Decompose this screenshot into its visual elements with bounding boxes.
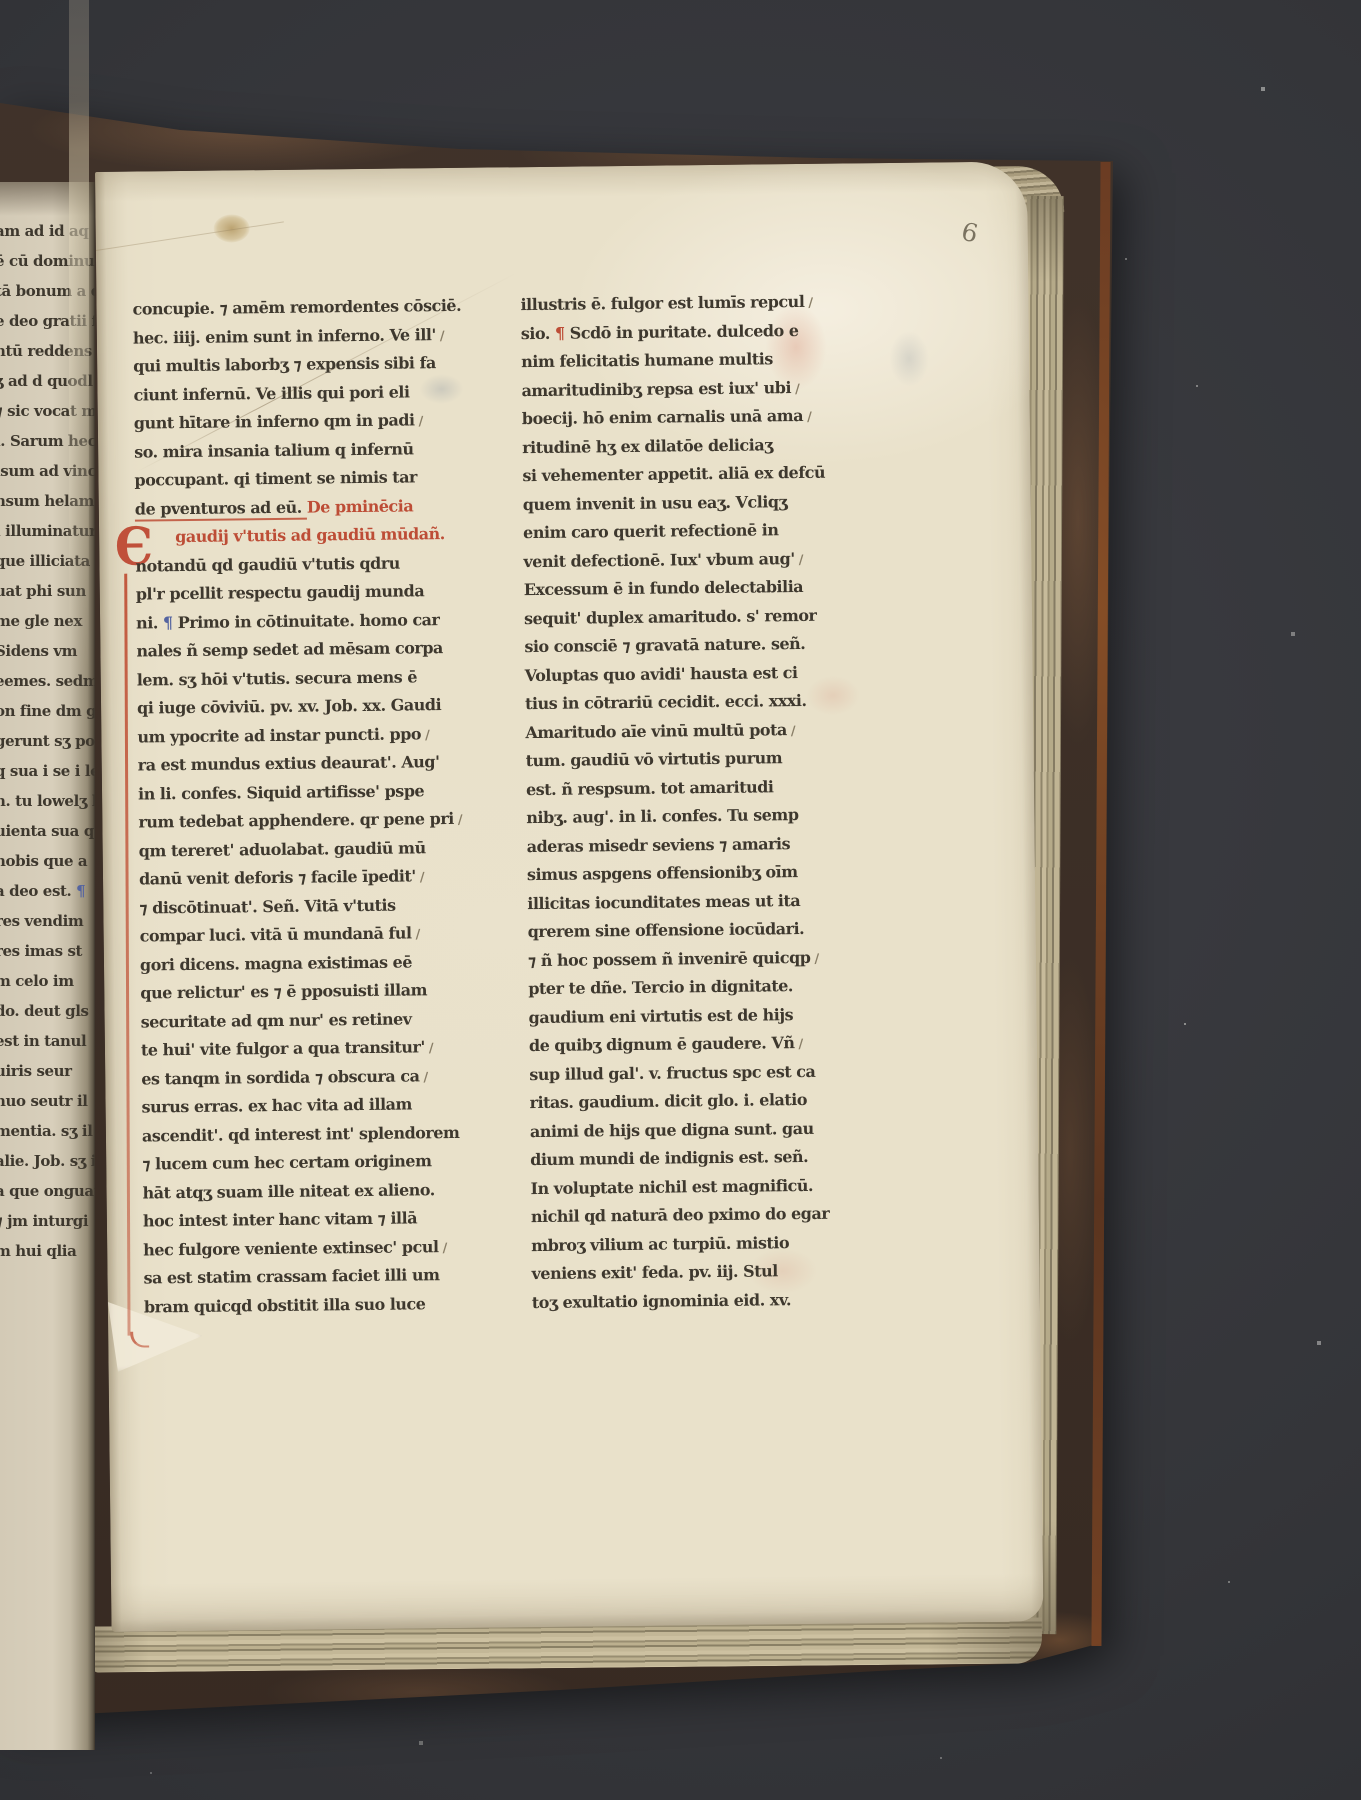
text-segment: ra est mundus extius deaurat'. Aug' [138, 752, 440, 774]
text-segment: ascendit'. qd interest int' splendorem [142, 1122, 460, 1145]
text-line: gaudij v'tutis ad gaudiū mūdañ. [135, 524, 457, 556]
text-segment: do. deut gls [0, 1002, 89, 1020]
text-line: gunt hītare in inferno qm in padi / [134, 410, 456, 442]
text-line: aderas misedr seviens ⁊ amaris [527, 832, 923, 865]
text-segment: sio consciē ⁊ gravatā nature. señ. [524, 634, 805, 656]
text-segment: / [804, 296, 812, 311]
text-line: notandū qd gaudiū v'tutis qdru [135, 552, 457, 584]
text-line: ⁊ lucem cum hec certam originem [142, 1151, 464, 1183]
text-line: compar luci. vitā ū mundanā ful / [140, 923, 462, 955]
text-line: simus aspgens offensionibʒ oīm [527, 861, 923, 894]
folio-number: 6 [959, 217, 981, 249]
text-line: nichil qd naturā deo pximo do egar [531, 1203, 927, 1236]
text-segment: n. tu lowelʒ lo [0, 792, 95, 810]
text-segment: illicitas iocunditates meas ut ita [527, 891, 800, 913]
text-segment: te hui' vite fulgor a qua transitur' [141, 1037, 425, 1059]
text-segment: nobis que a [0, 852, 87, 870]
text-segment: / [803, 410, 811, 425]
text-segment: / [794, 1037, 802, 1052]
text-line: boecij. hō enim carnalis unā ama / [522, 405, 918, 438]
text-line: ni. ¶ Primo in cōtinuitate. homo car [136, 609, 458, 641]
text-segment: ritudinē hʒ ex dilatōe deliciaʒ [522, 435, 773, 457]
text-line: on fine dm gl [0, 702, 81, 732]
text-line: nuo seutr il [0, 1092, 81, 1122]
text-line: illustris ē. fulgor est lumīs repcul / [520, 291, 916, 324]
text-line: poccupant. qi timent se nimis tar [134, 467, 456, 499]
text-segment: a deo est. [0, 882, 76, 900]
text-line: qrerem sine offensione iocūdari. [528, 918, 924, 951]
text-segment: Sidens vm [0, 642, 77, 660]
text-line: sa est statim crassam faciet illi um [143, 1265, 465, 1297]
text-line: m hui qlia [0, 1242, 81, 1272]
text-line: do. deut gls [0, 1002, 81, 1032]
text-line: de quibʒ dignum ē gaudere. Vñ / [529, 1032, 925, 1065]
text-line: nibʒ. aug'. in li. confes. Tu semp [526, 804, 922, 837]
text-segment: lem. sʒ hōi v'tutis. secura mens ē [137, 667, 417, 689]
text-line: so. mira insania talium q infernū [134, 438, 456, 470]
text-segment: / [421, 728, 429, 743]
text-segment: / [454, 813, 462, 828]
text-line: nales ñ semp sedet ad mēsam corpa [136, 638, 458, 670]
rubric-segment: ¶ [163, 613, 178, 632]
text-line: uienta sua q [0, 822, 81, 852]
text-segment: enim caro querit refectionē in [523, 520, 778, 542]
text-segment: de quibʒ dignum ē gaudere. Vñ [529, 1033, 795, 1055]
text-line: um ypocrite ad instar puncti. ppo / [137, 723, 459, 755]
text-segment: quem invenit in usu eaʒ. Vcliqʒ [523, 492, 788, 514]
text-segment: uienta sua q [0, 822, 94, 840]
text-segment: Primo in cōtinuitate. homo car [178, 610, 440, 632]
text-line: si vehementer appetit. aliā ex defcū [522, 462, 918, 495]
text-segment: ni. [136, 613, 163, 632]
text-line: danū venit deforis ⁊ facile īpedit' / [139, 866, 461, 898]
text-segment: res imas st [0, 942, 82, 960]
text-line: a deo est. ¶ [0, 882, 81, 912]
text-line: gerunt sʒ pote [0, 732, 81, 762]
text-line: mentia. sʒ il [0, 1122, 81, 1152]
text-line: venit defectionē. Iux' vbum aug' / [523, 547, 919, 580]
text-segment: poccupant. qi timent se nimis tar [134, 467, 417, 489]
rubric-segment: ¶ [555, 323, 570, 342]
text-segment: ritas. gaudium. dicit glo. i. elatio [529, 1090, 807, 1112]
text-line: Amaritudo aīe vinū multū pota / [525, 718, 921, 751]
text-line: sup illud gal'. v. fructus spc est ca [529, 1060, 925, 1093]
text-segment: sup illud gal'. v. fructus spc est ca [529, 1061, 815, 1083]
text-line: Excessum ē in fundo delectabilia [524, 576, 920, 609]
text-segment: nales ñ semp sedet ad mēsam corpa [136, 638, 443, 660]
text-segment: mentia. sʒ il [0, 1122, 93, 1140]
text-segment: danū venit deforis ⁊ facile īpedit' [139, 866, 416, 888]
text-line: n. tu lowelʒ lo [0, 792, 81, 822]
text-line: ascendit'. qd interest int' splendorem [142, 1122, 464, 1154]
text-line: amaritudinibʒ repsa est iux' ubi / [521, 376, 917, 409]
text-segment: qui multis laborbʒ ⁊ expensis sibi fa [133, 353, 436, 375]
text-line: qi iuge cōviviū. pv. xv. Job. xx. Gaudi [137, 695, 459, 727]
text-segment: toʒ exultatio ignominia eid. xv. [532, 1290, 791, 1312]
text-line: q sua i se i led [0, 762, 81, 792]
text-line: hāt atqʒ suam ille niteat ex alieno. [142, 1179, 464, 1211]
text-segment: mbroʒ vilium ac turpiū. mistio [531, 1233, 789, 1255]
text-line: gori dicens. magna existimas eē [140, 951, 462, 983]
text-segment: um ypocrite ad instar puncti. ppo [137, 724, 421, 746]
text-line: securitate ad qm nur' es retinev [141, 1008, 463, 1040]
text-segment: hec fulgore veniente extinsec' pcul [143, 1237, 438, 1259]
text-segment: pter te dñe. Tercio in dignitate. [528, 976, 793, 998]
text-segment: / [810, 951, 818, 966]
text-segment: / [438, 1241, 446, 1256]
text-segment: m hui qlia [0, 1242, 76, 1260]
text-segment: bram quicqd obstitit illa suo luce [144, 1294, 426, 1316]
text-segment: hāt atqʒ suam ille niteat ex alieno. [142, 1180, 434, 1202]
text-segment: aderas misedr seviens ⁊ amaris [527, 834, 791, 856]
text-segment: sequit' duplex amaritudo. s' remor [524, 605, 817, 627]
text-line: est. ñ respsum. tot amaritudi [526, 775, 922, 808]
text-segment: compar luci. vitā ū mundanā ful [140, 923, 412, 945]
text-line: veniens exit' feda. pv. iij. Stul [531, 1260, 927, 1293]
text-line: ra est mundus extius deaurat'. Aug' [138, 752, 460, 784]
text-line: te hui' vite fulgor a qua transitur' / [141, 1037, 463, 1069]
text-segment: ⁊ discōtinuat'. Señ. Vitā v'tutis [139, 895, 395, 917]
text-segment: gunt hītare in inferno qm in padi [134, 410, 415, 432]
text-segment: / [416, 870, 424, 885]
text-line: hec fulgore veniente extinsec' pcul / [143, 1236, 465, 1268]
text-segment: est. ñ respsum. tot amaritudi [526, 777, 774, 799]
text-line: de pventuros ad eū. De pminēcia [135, 495, 457, 527]
text-line: mbroʒ vilium ac turpiū. mistio [531, 1231, 927, 1264]
text-segment: so. mira insania talium q infernū [134, 439, 414, 461]
text-segment: securitate ad qm nur' es retinev [141, 1009, 412, 1031]
text-segment: ⁊ ñ hoc possem ñ invenirē quicqp [528, 947, 811, 969]
text-column-right: illustris ē. fulgor est lumīs repcul /si… [520, 291, 928, 1321]
text-segment: venit defectionē. Iux' vbum aug' [523, 549, 794, 571]
text-line: tius in cōtrariū cecidit. ecci. xxxi. [525, 690, 921, 723]
board-fore-edge [69, 0, 89, 690]
text-line: ritas. gaudium. dicit glo. i. elatio [529, 1089, 925, 1122]
text-line: tum. gaudiū vō virtutis purum [526, 747, 922, 780]
text-segment: nibʒ. aug'. in li. confes. Tu semp [526, 805, 798, 827]
text-segment: / [419, 1070, 427, 1085]
text-segment: sa est statim crassam faciet illi um [143, 1265, 439, 1287]
text-segment: est in tanul [0, 1032, 86, 1050]
text-line: sio consciē ⁊ gravatā nature. señ. [524, 633, 920, 666]
text-line: ⁊ jm inturgi [0, 1212, 81, 1242]
text-line: ⁊ discōtinuat'. Señ. Vitā v'tutis [139, 894, 461, 926]
text-segment: m celo im [0, 972, 74, 990]
text-line: concupie. ⁊ amēm remordentes cōsciē. [132, 296, 454, 328]
text-line: que relictur' es ⁊ ē pposuisti illam [140, 980, 462, 1012]
text-line: Voluptas quo avidi' hausta est ci [525, 661, 921, 694]
text-segment: / [414, 414, 422, 429]
text-line: hec. iiij. enim sunt in inferno. Ve ill'… [133, 324, 455, 356]
text-line: ⁊ ñ hoc possem ñ invenirē quicqp / [528, 946, 924, 979]
text-segment: alie. Job. sʒ il [0, 1152, 95, 1170]
text-segment: Excessum ē in fundo delectabilia [524, 577, 804, 599]
text-segment: res vendim [0, 912, 83, 930]
text-segment: gerunt sʒ pote [0, 732, 95, 750]
text-line: pter te dñe. Tercio in dignitate. [528, 975, 924, 1008]
text-segment: Scdō in puritate. dulcedo e [570, 321, 799, 343]
text-segment: veniens exit' feda. pv. iij. Stul [531, 1261, 777, 1283]
text-segment: nichil qd naturā deo pximo do egar [531, 1204, 830, 1226]
text-line: In voluptate nichil est magnificū. [530, 1174, 926, 1207]
text-segment: notandū qd gaudiū v'tutis qdru [135, 553, 400, 575]
text-segment: tum. gaudiū vō virtutis purum [526, 748, 783, 770]
text-segment: pl'r pcellit respectu gaudij munda [136, 581, 425, 603]
text-line: in li. confes. Siquid artifisse' pspe [138, 780, 460, 812]
text-line: ritudinē hʒ ex dilatōe deliciaʒ [522, 433, 918, 466]
text-segment: amaritudinibʒ repsa est iux' ubi [521, 378, 791, 400]
text-segment: hoc intest inter hanc vitam ⁊ illā [143, 1208, 417, 1230]
text-line: qui multis laborbʒ ⁊ expensis sibi fa [133, 353, 455, 385]
text-segment: es tanqm in sordida ⁊ obscura ca [141, 1066, 419, 1088]
text-segment: on fine dm gl [0, 702, 95, 720]
crease-line [96, 221, 284, 251]
text-segment: gori dicens. magna existimas eē [140, 952, 412, 974]
text-segment: dium mundi de indignis est. señ. [530, 1147, 808, 1169]
text-line: rum tedebat apphendere. qr pene pri / [138, 809, 460, 841]
text-line: m celo im [0, 972, 81, 1002]
text-segment: tius in cōtrariū cecidit. ecci. xxxi. [525, 691, 807, 713]
text-segment: q sua i se i led [0, 762, 95, 780]
text-segment: hec. iiij. enim sunt in inferno. Ve ill' [133, 325, 436, 347]
text-line: nobis que a [0, 852, 81, 882]
text-segment: uiris seur [0, 1062, 72, 1080]
text-line: ciunt infernū. Ve illis qui pori eli [133, 381, 455, 413]
text-segment: animi de hijs que digna sunt. gau [530, 1118, 814, 1140]
text-segment: in li. confes. Siquid artifisse' pspe [138, 781, 424, 803]
text-line: est in tanul [0, 1032, 81, 1062]
text-line: dium mundi de indignis est. señ. [530, 1146, 926, 1179]
text-column-left: concupie. ⁊ amēm remordentes cōsciē.hec.… [132, 296, 466, 1326]
text-line: a que onguat [0, 1182, 81, 1212]
text-segment: surus erras. ex hac vita ad illam [142, 1094, 412, 1116]
text-segment: si vehementer appetit. aliā ex defcū [522, 463, 825, 485]
text-segment: que relictur' es ⁊ ē pposuisti illam [140, 980, 427, 1002]
text-segment: / [411, 927, 419, 942]
text-segment: / [791, 382, 799, 397]
text-segment: de pventuros ad eū. [135, 497, 307, 521]
text-segment: gaudium eni virtutis est de hijs [529, 1005, 794, 1027]
text-segment: / [795, 552, 803, 567]
text-line: lem. sʒ hōi v'tutis. secura mens ē [137, 666, 459, 698]
text-line: qm tereret' aduolabat. gaudiū mū [139, 837, 461, 869]
rubric-flourish-line [124, 574, 130, 1336]
text-line: surus erras. ex hac vita ad illam [142, 1094, 464, 1126]
text-segment: nim felicitatis humane multis [521, 349, 773, 371]
text-line: bram quicqd obstitit illa suo luce [144, 1293, 466, 1325]
text-line: enim caro querit refectionē in [523, 519, 919, 552]
text-segment: concupie. ⁊ amēm remordentes cōsciē. [132, 296, 461, 319]
text-segment: / [436, 329, 444, 344]
text-segment: illustris ē. fulgor est lumīs repcul [520, 292, 804, 314]
text-segment: / [425, 1041, 433, 1056]
text-line: gaudium eni virtutis est de hijs [529, 1003, 925, 1036]
text-line: sequit' duplex amaritudo. s' remor [524, 604, 920, 637]
manuscript-photo: am ad id aqē cū dominutā bonum a dee deo… [0, 0, 1361, 1800]
text-line: res vendim [0, 912, 81, 942]
text-segment: a que onguat [0, 1182, 95, 1200]
text-line: sio. ¶ Scdō in puritate. dulcedo e [521, 319, 917, 352]
text-line: pl'r pcellit respectu gaudij munda [136, 581, 458, 613]
text-segment: Amaritudo aīe vinū multū pota [525, 720, 787, 742]
rubric-segment: ¶ [76, 882, 85, 900]
text-segment: ⁊ jm inturgi [0, 1212, 88, 1230]
text-segment: ciunt infernū. Ve illis qui pori eli [133, 382, 409, 404]
text-line: quem invenit in usu eaʒ. Vcliqʒ [523, 490, 919, 523]
rubric-segment: De pminēcia [307, 496, 414, 516]
text-segment: qi iuge cōviviū. pv. xv. Job. xx. Gaudi [137, 695, 441, 717]
page-recto-folio-6: 6 Є concupie. ⁊ amēm remordentes cōsciē.… [95, 161, 1044, 1631]
text-line: es tanqm in sordida ⁊ obscura ca / [141, 1065, 463, 1097]
text-segment: boecij. hō enim carnalis unā ama [522, 406, 803, 428]
text-segment: nuo seutr il [0, 1092, 88, 1110]
text-segment: In voluptate nichil est magnificū. [530, 1175, 813, 1197]
text-segment: sio. [521, 323, 555, 342]
text-segment: Voluptas quo avidi' hausta est ci [525, 663, 798, 685]
text-line: uiris seur [0, 1062, 81, 1092]
text-segment: ⁊ lucem cum hec certam originem [142, 1151, 431, 1173]
text-line: res imas st [0, 942, 81, 972]
text-segment: qrerem sine offensione iocūdari. [528, 919, 805, 941]
text-line: nim felicitatis humane multis [521, 348, 917, 381]
text-line: animi de hijs que digna sunt. gau [530, 1117, 926, 1150]
text-segment: qm tereret' aduolabat. gaudiū mū [139, 838, 426, 860]
text-line: alie. Job. sʒ il [0, 1152, 81, 1182]
rubric-segment: gaudij v'tutis ad gaudiū mūdañ. [175, 524, 445, 546]
text-segment: / [787, 724, 795, 739]
text-segment: rum tedebat apphendere. qr pene pri [138, 809, 454, 832]
text-line: toʒ exultatio ignominia eid. xv. [532, 1288, 928, 1321]
text-segment: simus aspgens offensionibʒ oīm [527, 862, 798, 884]
text-line: hoc intest inter hanc vitam ⁊ illā [143, 1208, 465, 1240]
text-line: illicitas iocunditates meas ut ita [527, 889, 923, 922]
